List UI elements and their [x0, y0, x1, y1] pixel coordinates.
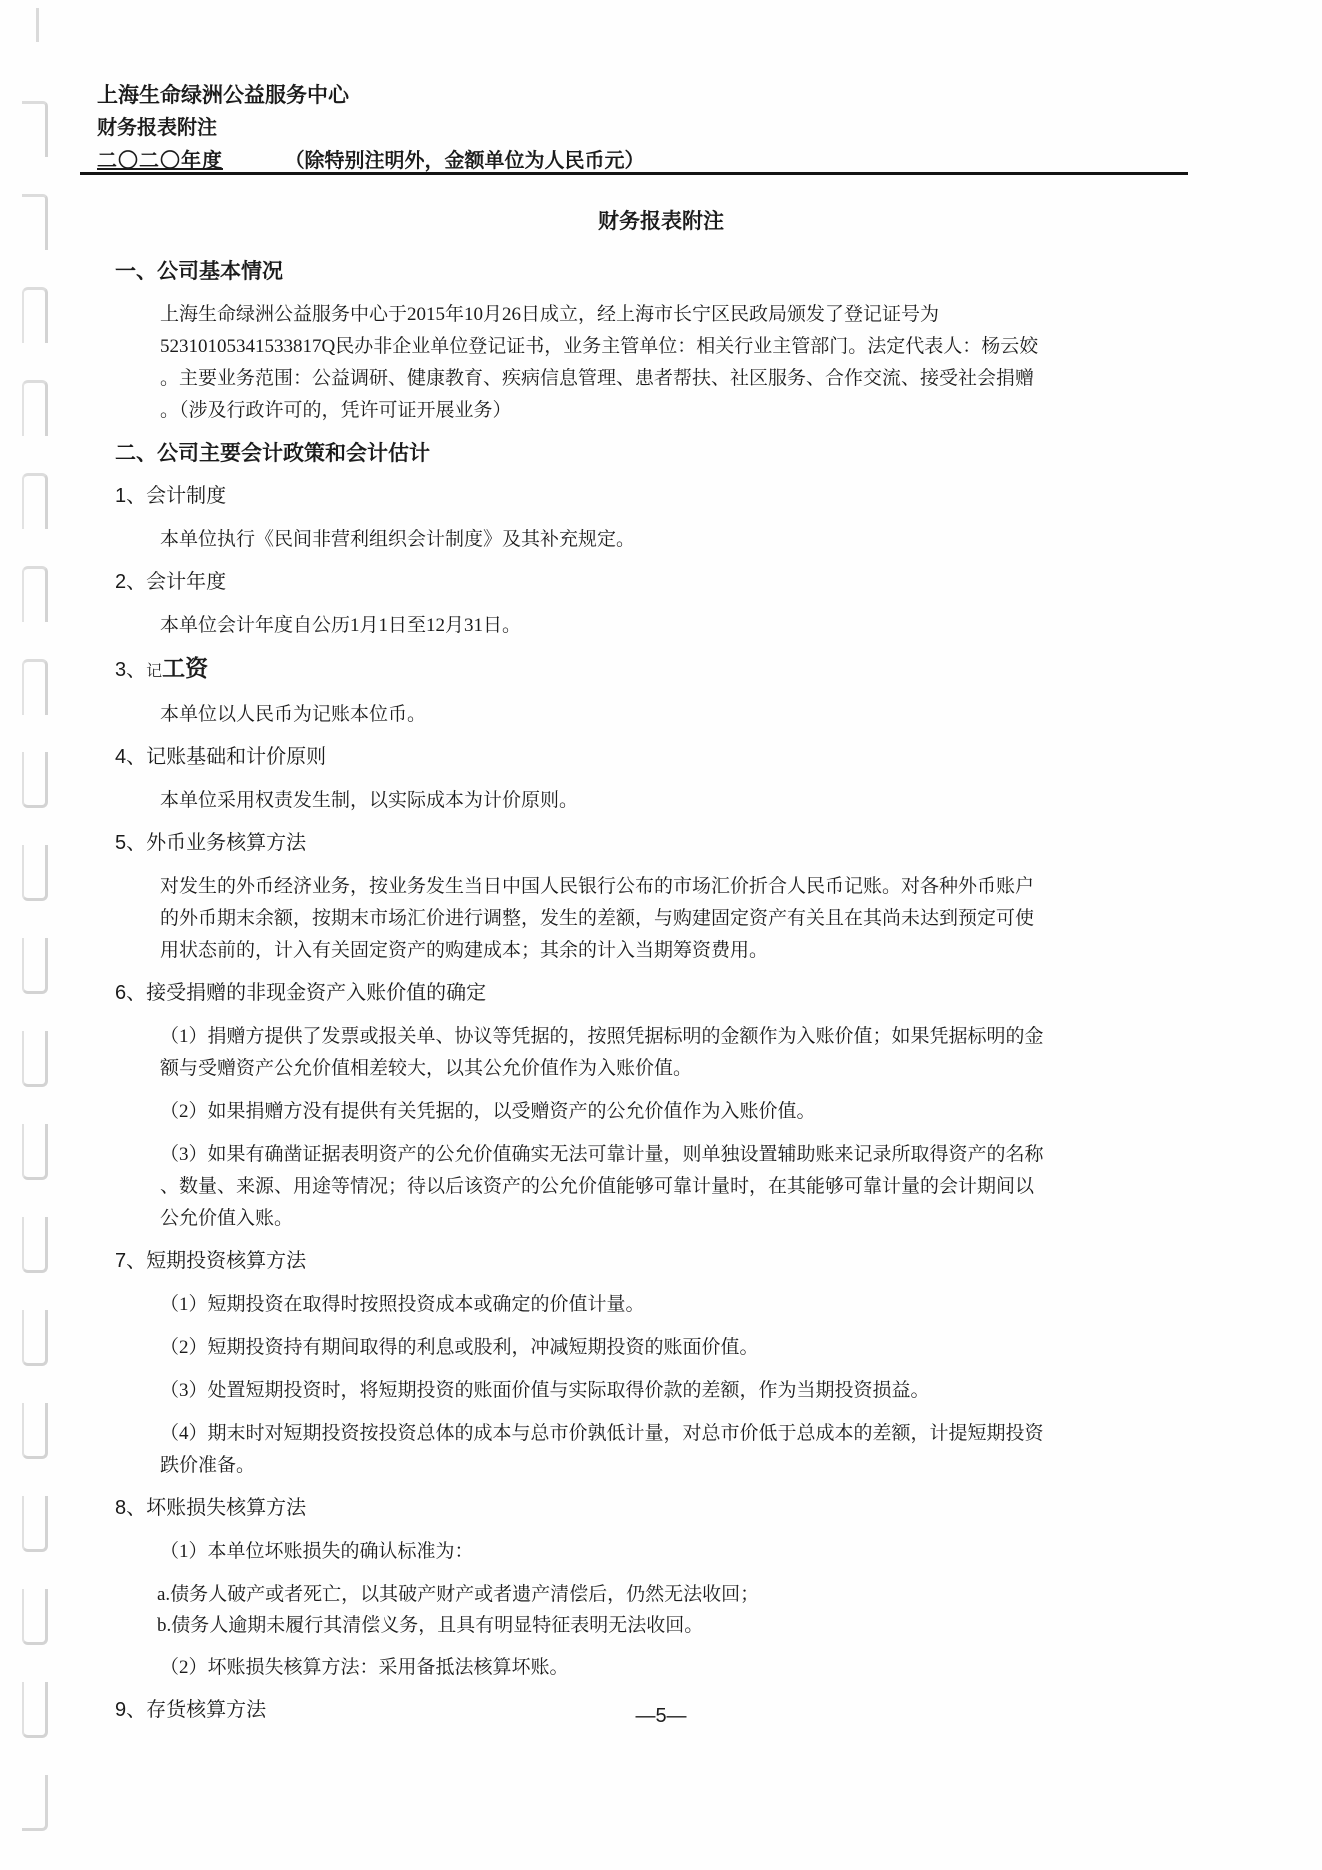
item-5-heading: 5、外币业务核算方法 — [115, 828, 1210, 859]
scanned-document-page: 上海生命绿洲公益服务中心 财务报表附注 二〇二〇年度 （除特别注明外，金额单位为… — [0, 0, 1322, 1870]
binding-mark — [22, 659, 48, 715]
binding-mark — [22, 752, 48, 808]
binding-mark — [22, 1589, 48, 1645]
binding-mark — [22, 1496, 48, 1552]
item-7-sub-4: （4）期末时对短期投资按投资总体的成本与总市价孰低计量，对总市价低于总成本的差额… — [160, 1418, 1210, 1482]
binding-mark — [22, 473, 48, 529]
item-4-paragraph: 本单位采用权责发生制，以实际成本为计价原则。 — [160, 785, 1210, 817]
item-4-heading: 4、记账基础和计价原则 — [115, 742, 1210, 773]
item-6-sub-2: （2）如果捐赠方没有提供有关凭据的，以受赠资产的公允价值作为入账价值。 — [160, 1096, 1210, 1128]
item-8-sub-1: （1）本单位坏账损失的确认标准为： — [160, 1536, 1210, 1568]
item-6-heading: 6、接受捐赠的非现金资产入账价值的确定 — [115, 978, 1210, 1009]
binding-mark — [22, 1217, 48, 1273]
binding-mark — [22, 1031, 48, 1087]
item-8-heading: 8、坏账损失核算方法 — [115, 1493, 1210, 1524]
binding-mark — [22, 566, 48, 622]
item-6-sub-1: （1）捐赠方提供了发票或报关单、协议等凭据的，按照凭据标明的金额作为入账价值；如… — [160, 1021, 1210, 1085]
heading-part-prefix: 3、 — [115, 659, 146, 681]
item-2-paragraph: 本单位会计年度自公历1月1日至12月31日。 — [160, 610, 1210, 642]
header-rule — [80, 172, 1188, 175]
binding-mark — [22, 845, 48, 901]
item-7-heading: 7、短期投资核算方法 — [115, 1246, 1210, 1277]
binding-mark — [22, 938, 48, 994]
item-2-heading: 2、会计年度 — [115, 567, 1210, 598]
page-number: —5— — [0, 1705, 1322, 1728]
binding-mark — [22, 287, 48, 343]
binding-mark — [36, 8, 39, 42]
item-3-heading: 3、记工资 — [115, 653, 1210, 687]
binding-mark — [22, 1310, 48, 1366]
heading-part-small: 记 — [146, 663, 162, 680]
item-5-paragraph: 对发生的外币经济业务，按业务发生当日中国人民银行公布的市场汇价折合人民币记账。对… — [160, 871, 1210, 967]
binding-marks-column — [0, 0, 60, 1870]
item-3-paragraph: 本单位以人民币为记账本位币。 — [160, 699, 1210, 731]
item-7-sub-3: （3）处置短期投资时，将短期投资的账面价值与实际取得价款的差额，作为当期投资损益… — [160, 1375, 1210, 1407]
doc-type: 财务报表附注 — [97, 112, 1217, 144]
section-1-heading: 一、公司基本情况 — [115, 256, 1210, 287]
binding-mark — [22, 101, 48, 157]
document-header: 上海生命绿洲公益服务中心 财务报表附注 二〇二〇年度 （除特别注明外，金额单位为… — [97, 80, 1217, 178]
page-title: 财务报表附注 — [0, 205, 1322, 235]
binding-mark — [22, 1124, 48, 1180]
binding-mark — [22, 1775, 48, 1831]
item-6-sub-3: （3）如果有确凿证据表明资产的公允价值确实无法可靠计量，则单独设置辅助账来记录所… — [160, 1139, 1210, 1235]
company-intro-paragraph: 上海生命绿洲公益服务中心于2015年10月26日成立，经上海市长宁区民政局颁发了… — [160, 299, 1210, 427]
org-name: 上海生命绿洲公益服务中心 — [97, 80, 1217, 112]
binding-mark — [22, 1403, 48, 1459]
item-1-heading: 1、会计制度 — [115, 481, 1210, 512]
section-2-heading: 二、公司主要会计政策和会计估计 — [115, 438, 1210, 469]
item-7-sub-1: （1）短期投资在取得时按照投资成本或确定的价值计量。 — [160, 1289, 1210, 1321]
binding-mark — [22, 380, 48, 436]
item-8-criteria: a.债务人破产或者死亡，以其破产财产或者遗产清偿后，仍然无法收回； b.债务人逾… — [157, 1579, 1210, 1641]
document-body: 一、公司基本情况上海生命绿洲公益服务中心于2015年10月26日成立，经上海市长… — [115, 248, 1210, 1738]
item-1-paragraph: 本单位执行《民间非营利组织会计制度》及其补充规定。 — [160, 524, 1210, 556]
heading-part-bold: 工资 — [162, 655, 208, 681]
item-7-sub-2: （2）短期投资持有期间取得的利息或股利，冲减短期投资的账面价值。 — [160, 1332, 1210, 1364]
item-8-sub-2: （2）坏账损失核算方法：采用备抵法核算坏账。 — [160, 1652, 1210, 1684]
